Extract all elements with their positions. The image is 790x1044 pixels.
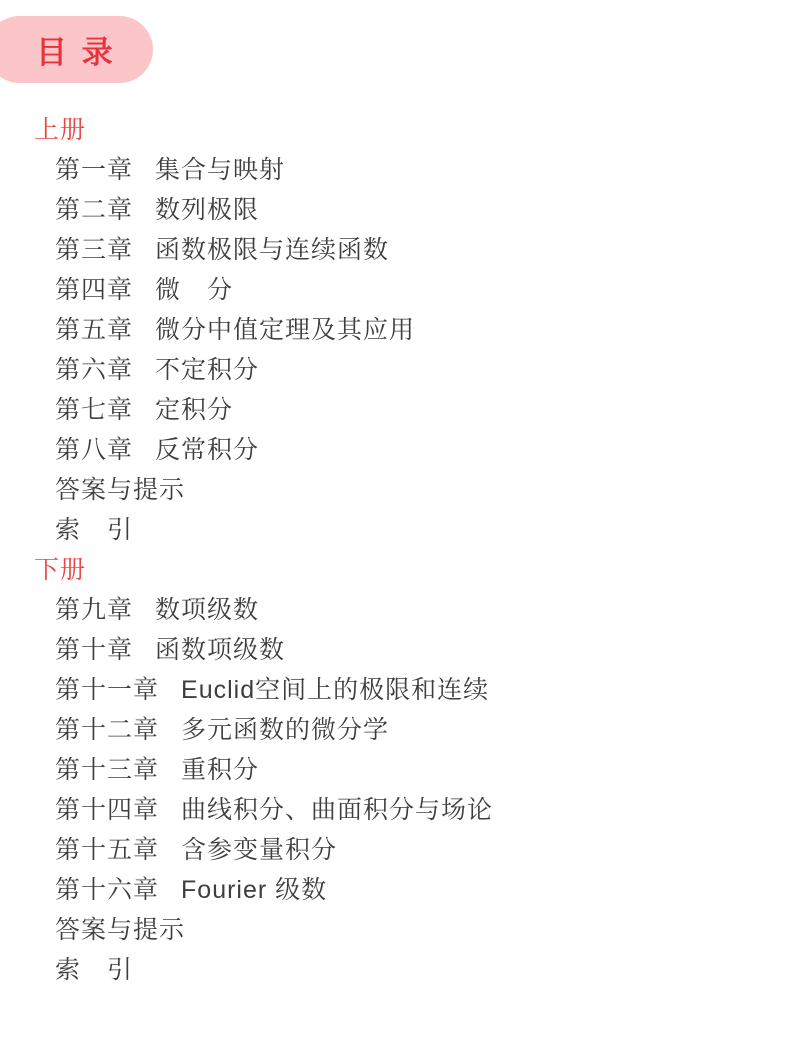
toc-item[interactable]: 第十六章Fourier 级数 bbox=[55, 870, 790, 910]
toc-item[interactable]: 第四章微 分 bbox=[55, 270, 790, 310]
toc-item[interactable]: 第一章集合与映射 bbox=[55, 150, 790, 190]
toc-item-title: 索 引 bbox=[55, 950, 133, 990]
toc-item-chapter: 第五章 bbox=[55, 310, 133, 350]
toc-item-title: 数项级数 bbox=[155, 590, 259, 630]
toc-item-title: 重积分 bbox=[181, 750, 259, 790]
toc-item-chapter: 第九章 bbox=[55, 590, 133, 630]
toc-item-chapter: 第十四章 bbox=[55, 790, 159, 830]
toc-item-chapter: 第十六章 bbox=[55, 870, 159, 910]
toc-item-title: Euclid空间上的极限和连续 bbox=[181, 670, 489, 710]
toc-item[interactable]: 第十三章重积分 bbox=[55, 750, 790, 790]
toc-item-title: Fourier 级数 bbox=[181, 870, 327, 910]
toc-item-title: 集合与映射 bbox=[155, 150, 285, 190]
toc-item-title: 答案与提示 bbox=[55, 910, 185, 950]
toc-item-chapter: 第三章 bbox=[55, 230, 133, 270]
toc-item-title: 反常积分 bbox=[155, 430, 259, 470]
toc-item[interactable]: 第九章数项级数 bbox=[55, 590, 790, 630]
toc-item-title: 微分中值定理及其应用 bbox=[155, 310, 415, 350]
toc-item-title: 定积分 bbox=[155, 390, 233, 430]
toc-item-title: 曲线积分、曲面积分与场论 bbox=[181, 790, 493, 830]
toc-item-title: 含参变量积分 bbox=[181, 830, 337, 870]
toc-item[interactable]: 第十四章曲线积分、曲面积分与场论 bbox=[55, 790, 790, 830]
toc-item[interactable]: 第十一章Euclid空间上的极限和连续 bbox=[55, 670, 790, 710]
toc-item-chapter: 第十五章 bbox=[55, 830, 159, 870]
toc-item[interactable]: 第十二章多元函数的微分学 bbox=[55, 710, 790, 750]
toc-item-chapter: 第十一章 bbox=[55, 670, 159, 710]
toc-item-title: 多元函数的微分学 bbox=[181, 710, 389, 750]
toc-item[interactable]: 索 引 bbox=[55, 950, 790, 990]
toc-item-chapter: 第四章 bbox=[55, 270, 133, 310]
toc-title-badge: 目 录 bbox=[0, 16, 153, 83]
toc-item[interactable]: 答案与提示 bbox=[55, 910, 790, 950]
toc-item-title: 函数极限与连续函数 bbox=[155, 230, 389, 270]
toc-item-chapter: 第七章 bbox=[55, 390, 133, 430]
toc-item[interactable]: 第八章反常积分 bbox=[55, 430, 790, 470]
toc-section-heading: 上册 bbox=[34, 110, 790, 150]
toc-item[interactable]: 索 引 bbox=[55, 510, 790, 550]
toc-item[interactable]: 第二章数列极限 bbox=[55, 190, 790, 230]
toc-item[interactable]: 答案与提示 bbox=[55, 470, 790, 510]
toc-item[interactable]: 第十五章含参变量积分 bbox=[55, 830, 790, 870]
toc-item[interactable]: 第三章函数极限与连续函数 bbox=[55, 230, 790, 270]
toc-item-title: 不定积分 bbox=[155, 350, 259, 390]
toc-item-chapter: 第十章 bbox=[55, 630, 133, 670]
toc-item-chapter: 第一章 bbox=[55, 150, 133, 190]
toc-item-chapter: 第二章 bbox=[55, 190, 133, 230]
toc-item[interactable]: 第七章定积分 bbox=[55, 390, 790, 430]
toc-list: 上册第一章集合与映射第二章数列极限第三章函数极限与连续函数第四章微 分第五章微分… bbox=[0, 110, 790, 990]
toc-item-title: 数列极限 bbox=[155, 190, 259, 230]
toc-item-chapter: 第六章 bbox=[55, 350, 133, 390]
toc-item-title: 索 引 bbox=[55, 510, 133, 550]
toc-item-title: 函数项级数 bbox=[155, 630, 285, 670]
toc-item[interactable]: 第六章不定积分 bbox=[55, 350, 790, 390]
toc-item-chapter: 第八章 bbox=[55, 430, 133, 470]
toc-item-title: 答案与提示 bbox=[55, 470, 185, 510]
toc-item-title: 微 分 bbox=[155, 270, 233, 310]
toc-item-chapter: 第十三章 bbox=[55, 750, 159, 790]
toc-title-text: 目 录 bbox=[36, 27, 116, 72]
toc-item[interactable]: 第五章微分中值定理及其应用 bbox=[55, 310, 790, 350]
toc-section-heading: 下册 bbox=[34, 550, 790, 590]
toc-item[interactable]: 第十章函数项级数 bbox=[55, 630, 790, 670]
toc-item-chapter: 第十二章 bbox=[55, 710, 159, 750]
